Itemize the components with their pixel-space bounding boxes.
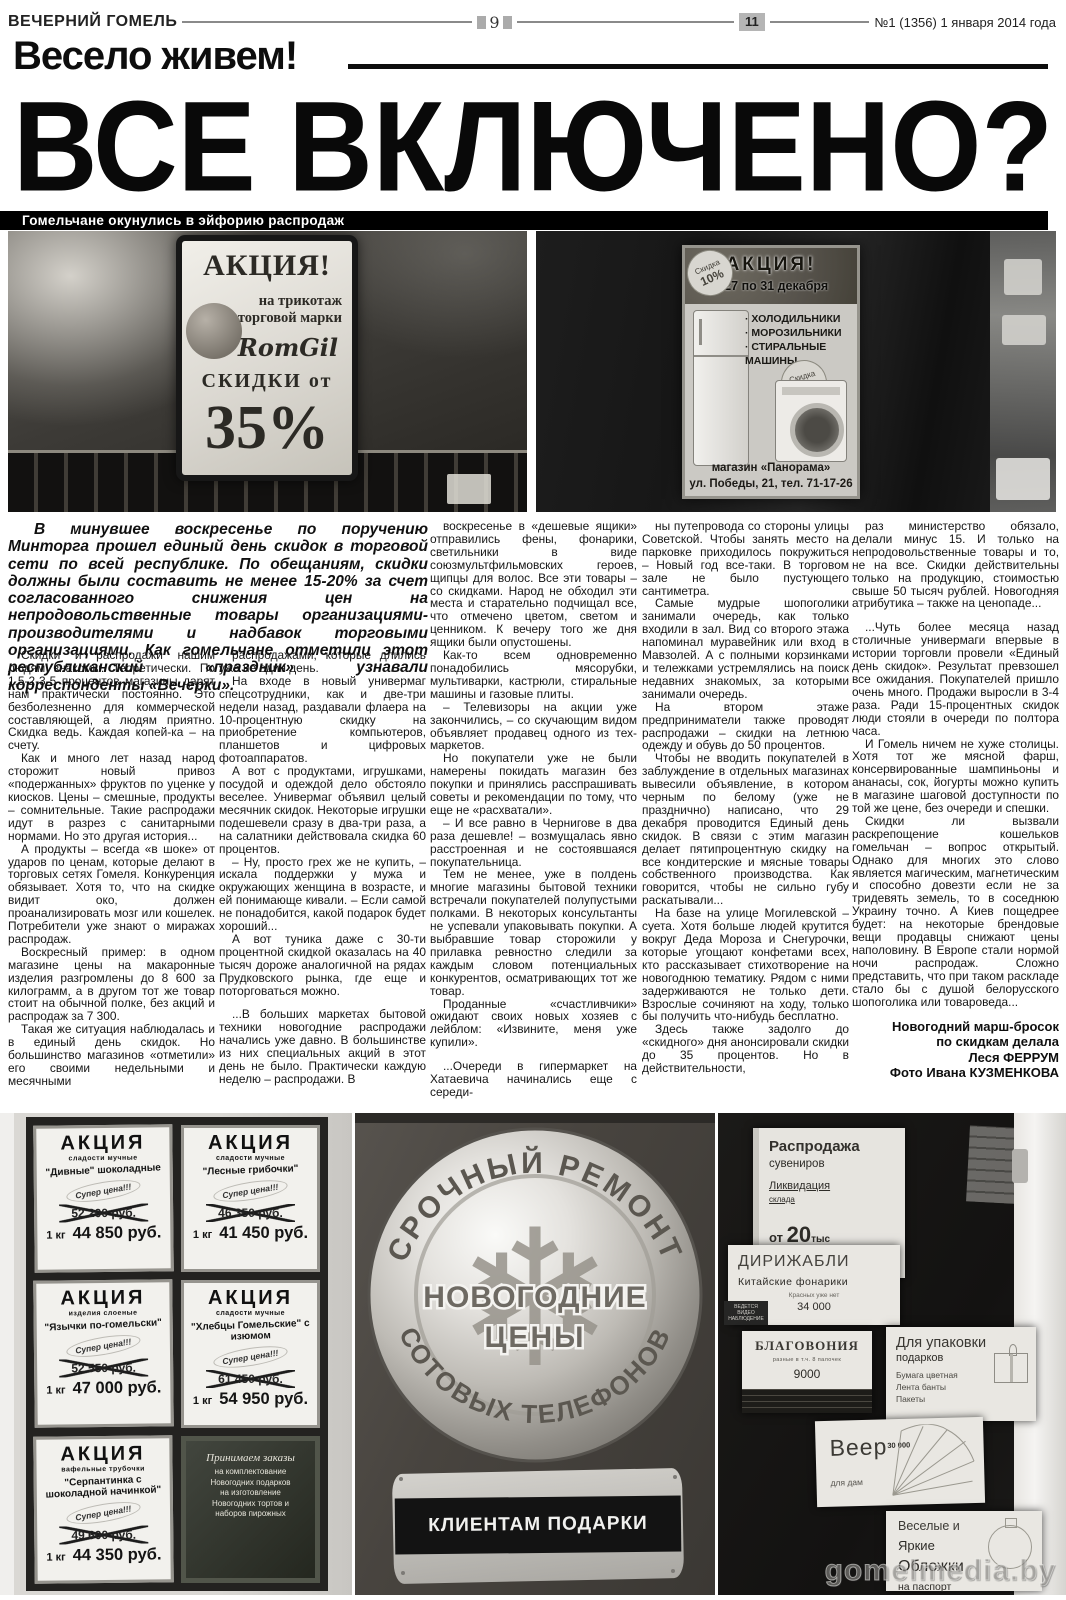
article-paragraph: – Телевизоры на акции уже закончились, –…	[430, 701, 637, 753]
article-paragraph: Самые мудрые шопоголики занимали очередь…	[642, 597, 849, 700]
price-tag-product: "Хлебцы Гомельские" с изюмом	[188, 1318, 314, 1344]
price-tag-unit: 1 кг	[46, 1385, 65, 1397]
sign-title: Веер	[829, 1433, 887, 1461]
price-tag-category: вафельные трубочки	[41, 1465, 166, 1473]
price-tag-unit: 1 кг	[193, 1395, 212, 1407]
price-tag-unit: 1 кг	[46, 1551, 65, 1563]
rubric-rule	[348, 64, 1048, 69]
plate-center-line2: ЦЕНЫ	[485, 1321, 586, 1354]
discount-percent: 35%	[182, 397, 352, 459]
article-paragraph: раз министерство обязало, делали минус 1…	[852, 520, 1059, 610]
screw-icon	[401, 1571, 405, 1575]
price-tag-header: АКЦИЯ	[188, 1133, 313, 1154]
masthead-square-icon	[477, 16, 486, 29]
sign-title: ДИРИЖАБЛИ	[738, 1253, 890, 1271]
article-paragraph: На втором этаже предприниматели также пр…	[642, 701, 849, 753]
article-paragraph: Как-то всем одновременно понадобились мя…	[430, 649, 637, 701]
wall-edge	[355, 1113, 715, 1123]
price-tag-new-price: 54 950 руб.	[219, 1390, 308, 1409]
article-column-3: воскресенье в «дешевые ящики» отправилис…	[430, 520, 637, 1107]
sale-line: склада	[769, 1195, 897, 1204]
price-prefix: от	[769, 1230, 787, 1245]
banner-text: КЛИЕНТАМ ПОДАРКИ	[395, 1496, 682, 1555]
price-tag-header: АКЦИЯ	[40, 1132, 165, 1154]
article-column-5: раз министерство обязало, делали минус 1…	[852, 520, 1059, 1107]
price-suffix: тыс	[811, 1234, 830, 1245]
price-tag-old-price: 52 200 руб.	[59, 1204, 148, 1223]
article-paragraph: На входе в новый универмаг спецсотрудник…	[219, 675, 426, 765]
rubric-title: Весело живем!	[13, 34, 297, 79]
orders-poster-line: на изготовление	[186, 1488, 315, 1499]
fan-icon	[881, 1423, 979, 1497]
price-tag-category: сладости мучные	[188, 1155, 313, 1162]
washing-machine-image	[775, 380, 847, 462]
orders-poster-line: на комплектование	[186, 1467, 315, 1478]
byline: Новогодний марш-бросокпо скидкам делалаЛ…	[852, 1019, 1059, 1081]
article-paragraph: А продукты – всегда «в шоке» от ударов п…	[8, 843, 215, 946]
article-paragraph: На базе на улице Могилевской – суета. Хо…	[642, 907, 849, 1023]
article-paragraph: А вот с продуктами, игрушками, посудой и…	[219, 765, 426, 855]
article-paragraph: ...В больших маркетах бытовой техники но…	[219, 1008, 426, 1085]
shelf-price-tag	[447, 474, 491, 504]
orders-poster: Принимаем заказына комплектованиеНовогод…	[181, 1436, 320, 1583]
cctv-sign: ВЕДЕТСЯ ВИДЕО НАБЛЮДЕНИЕ	[724, 1301, 768, 1325]
price-tag-old-price: 52 550 руб.	[59, 1359, 148, 1378]
article-paragraph: Но покупатели уже не были намерены покид…	[430, 752, 637, 817]
plate-center-line1: НОВОГОДНИЕ	[423, 1281, 646, 1314]
orders-poster-line: Новогодних тортов и	[186, 1499, 315, 1510]
headline-text: ВСЕ ВКЛЮЧЕНО?	[13, 78, 1053, 210]
article-column-4: ны путепровода со стороны улицы Советско…	[642, 520, 849, 1107]
wrapping-sign: Для упаковки подарков Бумага цветнаяЛент…	[886, 1327, 1036, 1421]
fan-sign: Веер30 000 для дам	[815, 1417, 985, 1507]
promo-title: АКЦИЯ!	[182, 249, 352, 283]
wrapping-item: Пакеты	[896, 1393, 1028, 1405]
price-tag-new-price: 47 000 руб.	[72, 1379, 161, 1399]
hinge-icon	[1012, 1149, 1028, 1183]
byline-line: по скидкам делала	[852, 1034, 1059, 1050]
price-tag-new-price: 44 850 руб.	[72, 1223, 161, 1243]
masthead-rule	[182, 21, 472, 23]
byline-line: Новогодний марш-бросок	[852, 1019, 1059, 1035]
price-tag-product: "Серпантинка с шоколадной начинкой"	[40, 1473, 166, 1501]
article-paragraph: ...Чуть более месяца назад столичные уни…	[852, 621, 1059, 737]
sign-note: Красных уже нет	[738, 1292, 890, 1299]
screw-icon	[399, 1477, 403, 1481]
article-column-2: распродажами, которые длились уже не оди…	[219, 649, 426, 1107]
article-paragraph: воскресенье в «дешевые ящики» отправилис…	[430, 520, 637, 649]
photo-shop-window: АКЦИЯ! с 27 по 31 декабря Скидка 10% хол…	[536, 231, 1056, 512]
masthead-square-icon	[503, 16, 512, 29]
sign-note: разные в т.ч. 8 палочек	[742, 1357, 872, 1363]
price-tag-category: сладости мучные	[188, 1310, 313, 1317]
price-tag-old-price: 46 350 руб.	[206, 1204, 295, 1222]
shelf-goods	[1004, 259, 1042, 295]
photo-price-tags: АКЦИЯ сладости мучные "Дивные" шоколадны…	[0, 1113, 352, 1595]
paper-name: ВЕЧЕРНИЙ ГОМЕЛЬ	[8, 13, 177, 31]
incense-sign: БЛАГОВОНИЯ разные в т.ч. 8 палочек 9000	[742, 1331, 872, 1413]
sale-line: сувениров	[769, 1158, 897, 1170]
article-paragraph: Тем не менее, уже в полдень многие магаз…	[430, 868, 637, 997]
price-tag-header: АКЦИЯ	[40, 1288, 165, 1310]
poster-item: морозильники	[745, 326, 849, 340]
photo-store-display: АКЦИЯ! на трикотаж торговой марки RomGil…	[8, 231, 527, 512]
sign-subtitle: Китайские фонарики	[738, 1276, 890, 1288]
price-tag-unit: 1 кг	[46, 1229, 65, 1241]
article-column-1: Скидки и распродажи нашим людям знакомы.…	[8, 649, 215, 1107]
article-paragraph: распродажами, которые длились уже не оди…	[219, 649, 426, 675]
article-paragraph: Такая же ситуация наблюдалась и в единый…	[8, 1023, 215, 1088]
price-tag-unit: 1 кг	[193, 1229, 212, 1241]
sign-title: БЛАГОВОНИЯ	[742, 1338, 872, 1354]
page-number-right: 11	[739, 13, 765, 31]
byline-line: Леся ФЕРРУМ	[852, 1050, 1059, 1066]
fridge-image	[693, 310, 749, 466]
photo-repair-sign: СРОЧНЫЙ РЕМОНТ СОТОВЫХ ТЕЛЕФОНОВ ❄ НОВОГ…	[355, 1113, 715, 1595]
photo-shop-door-signs: Распродажа сувениров Ликвидация склада о…	[718, 1113, 1066, 1595]
cctv-line: НАБЛЮДЕНИЕ	[724, 1316, 768, 1322]
gifts-banner: КЛИЕНТАМ ПОДАРКИ	[393, 1471, 683, 1581]
promo-poster-panorama: АКЦИЯ! с 27 по 31 декабря Скидка 10% хол…	[682, 245, 860, 499]
price-tag-old-price: 49 600 руб.	[59, 1525, 148, 1544]
article-paragraph: И Гомель ничем не хуже столицы. Хотя тот…	[852, 738, 1059, 815]
price-tag-promo: Супер цена!!!	[65, 1498, 142, 1528]
sign-price: 9000	[742, 1367, 872, 1381]
subheadline: Гомельчане окунулись в эйфорию распродаж	[0, 211, 1048, 230]
christmas-ball-icon	[186, 303, 242, 359]
poster-item: холодильники	[745, 312, 849, 326]
shelf-goods	[996, 458, 1050, 500]
article-paragraph: А вот туника даже с 30-ти процентной ски…	[219, 933, 426, 998]
price-tag-promo: Супер цена!!!	[212, 1343, 288, 1372]
discount-label: СКИДКИ от	[182, 370, 352, 393]
price-tag-promo: Супер цена!!!	[65, 1331, 142, 1361]
price-tag-header: АКЦИЯ	[40, 1443, 165, 1465]
article-paragraph: ...Очереди в гипермаркет на Хатаевича на…	[430, 1060, 637, 1099]
price-tag-new-price: 41 450 руб.	[219, 1224, 308, 1243]
article-paragraph: – И все равно в Чернигове в два раза деш…	[430, 817, 637, 869]
price-tag-header: АКЦИЯ	[188, 1288, 313, 1309]
article-paragraph: – Ну, просто грех же не купить, – искала…	[219, 856, 426, 933]
price-tag-category: изделия слоеные	[41, 1310, 166, 1318]
price-tag: АКЦИЯ вафельные трубочки "Серпантинка с …	[33, 1435, 174, 1584]
round-plate-sign: СРОЧНЫЙ РЕМОНТ СОТОВЫХ ТЕЛЕФОНОВ ❄ НОВОГ…	[365, 1125, 705, 1465]
price-tags-grid: АКЦИЯ сладости мучные "Дивные" шоколадны…	[34, 1125, 320, 1583]
article-column-5-text: раз министерство обязало, делали минус 1…	[852, 520, 1059, 1009]
article-paragraph: Как и много лет назад народ сторожит нов…	[8, 752, 215, 842]
price-tag: АКЦИЯ изделия слоеные "Язычки по-гомельс…	[33, 1280, 174, 1429]
orders-poster-line: Новогодних подарков	[186, 1478, 315, 1489]
shop-address: ул. Победы, 21, тел. 71-17-26	[685, 478, 857, 490]
page-number-left: 9	[486, 13, 502, 32]
screw-icon	[673, 1475, 677, 1479]
price-tag-promo: Супер цена!!!	[212, 1176, 288, 1205]
shop-name: магазин «Панорама»	[685, 462, 857, 474]
byline-line: Фото Ивана КУЗМЕНКОВА	[852, 1065, 1059, 1081]
price-tag-category: сладости мучные	[41, 1154, 166, 1162]
price-value: 20	[787, 1222, 811, 1247]
orders-poster-line: наборов пирожных	[186, 1509, 315, 1520]
orders-poster-line: Принимаем заказы	[186, 1453, 315, 1464]
sale-line: Ликвидация	[769, 1180, 897, 1192]
article-paragraph: Чтобы не вводить покупателей в заблужден…	[642, 752, 849, 907]
issue-info: №1 (1356) 1 января 2014 года	[874, 15, 1056, 30]
shelf-goods	[1002, 315, 1046, 345]
watermark: gomelmedia.by	[825, 1554, 1056, 1588]
masthead-rule	[517, 21, 735, 23]
article-paragraph: ны путепровода со стороны улицы Советско…	[642, 520, 849, 597]
price-tag-old-price: 61 450 руб.	[206, 1370, 295, 1388]
promo-sign-romgil: АКЦИЯ! на трикотаж торговой марки RomGil…	[176, 235, 358, 481]
article-paragraph: Воскресный пример: в одном магазине цены…	[8, 946, 215, 1023]
price-tag: АКЦИЯ сладости мучные "Дивные" шоколадны…	[33, 1124, 174, 1273]
incense-packs	[742, 1389, 872, 1413]
sale-line: Распродажа	[769, 1138, 897, 1155]
article-paragraph: Здесь также задолго до «скидного» дня ан…	[642, 1023, 849, 1075]
price-tag: АКЦИЯ сладости мучные "Лесные грибочки" …	[181, 1125, 320, 1272]
gift-box-icon	[994, 1353, 1028, 1383]
screw-icon	[671, 1569, 675, 1573]
headline: ВСЕ ВКЛЮЧЕНО?	[10, 78, 1056, 210]
poster-item-list: холодильникиморозильникистиральные машин…	[745, 312, 849, 368]
masthead: ВЕЧЕРНИЙ ГОМЕЛЬ 9 11 №1 (1356) 1 января …	[8, 10, 1056, 34]
price-tag-new-price: 44 350 руб.	[73, 1545, 162, 1565]
dark-door: АКЦИЯ сладости мучные "Дивные" шоколадны…	[26, 1117, 328, 1591]
price-tag: АКЦИЯ сладости мучные "Хлебцы Гомельские…	[181, 1280, 320, 1427]
masthead-rule	[770, 21, 870, 23]
article-paragraph: Скидки ли вызвали раскрепощение кошелько…	[852, 815, 1059, 1009]
article-paragraph: Скидки и распродажи нашим людям знакомы.…	[8, 649, 215, 752]
price-tag-promo: Супер цена!!!	[65, 1176, 142, 1206]
article-paragraph: Проданные «счастливчики» ожидают своих н…	[430, 998, 637, 1050]
